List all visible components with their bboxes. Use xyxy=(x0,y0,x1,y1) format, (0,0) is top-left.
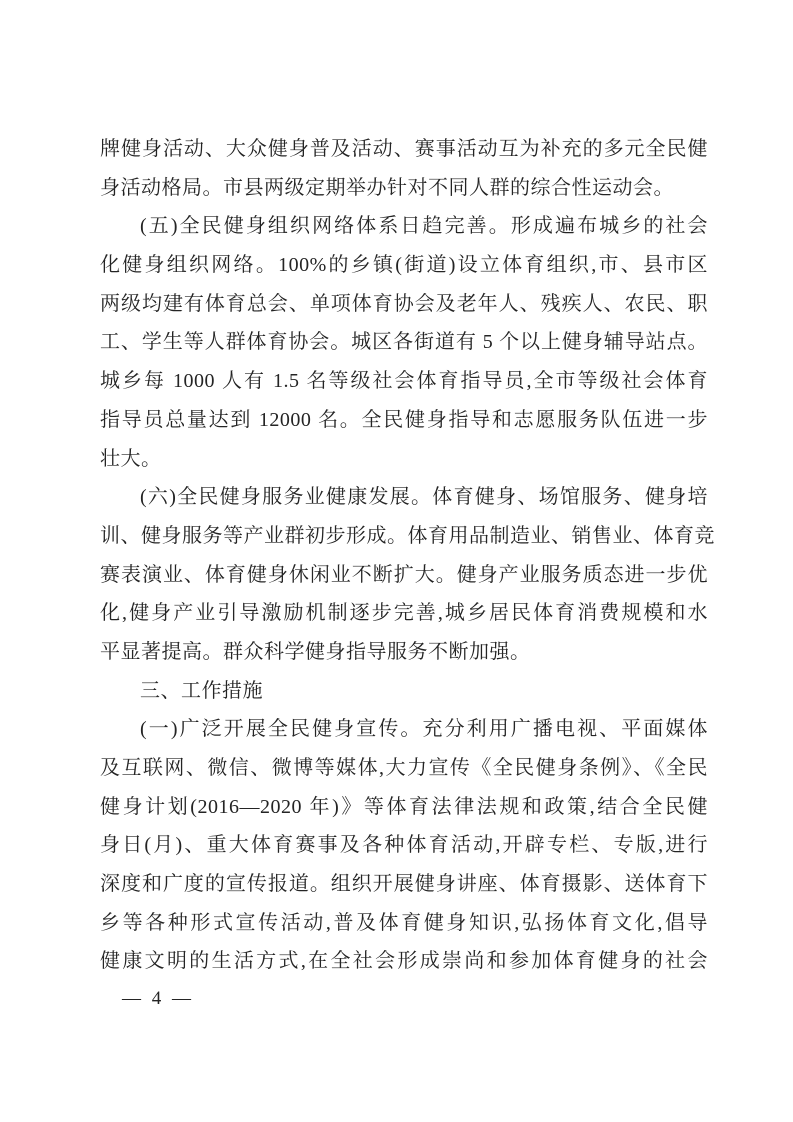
text-line: 身活动格局。市县两级定期举办针对不同人群的综合性运动会。 xyxy=(100,169,708,208)
text-line: 牌健身活动、大众健身普及活动、赛事活动互为补充的多元全民健 xyxy=(100,130,708,169)
page-number: — 4 — xyxy=(122,988,194,1010)
text-line: 化健身组织网络。100%的乡镇(街道)设立体育组织,市、县市区 xyxy=(100,246,708,285)
text-line: (一)广泛开展全民健身宣传。充分利用广播电视、平面媒体 xyxy=(100,710,708,749)
text-line: 训、健身服务等产业群初步形成。体育用品制造业、销售业、体育竞 xyxy=(100,517,708,556)
text-line: 赛表演业、体育健身休闲业不断扩大。健身产业服务质态进一步优 xyxy=(100,556,708,595)
text-line: 指导员总量达到 12000 名。全民健身指导和志愿服务队伍进一步 xyxy=(100,401,708,440)
text-line: 乡等各种形式宣传活动,普及体育健身知识,弘扬体育文化,倡导 xyxy=(100,904,708,943)
text-line: 健康文明的生活方式,在全社会形成崇尚和参加体育健身的社会 xyxy=(100,942,708,981)
text-line: 化,健身产业引导激励机制逐步完善,城乡居民体育消费规模和水 xyxy=(100,594,708,633)
text-line: 城乡每 1000 人有 1.5 名等级社会体育指导员,全市等级社会体育 xyxy=(100,362,708,401)
text-line: (五)全民健身组织网络体系日趋完善。形成遍布城乡的社会 xyxy=(100,207,708,246)
text-line: 平显著提高。群众科学健身指导服务不断加强。 xyxy=(100,633,708,672)
text-line: 工、学生等人群体育协会。城区各街道有 5 个以上健身辅导站点。 xyxy=(100,323,708,362)
text-line: 及互联网、微信、微博等媒体,大力宣传《全民健身条例》、《全民 xyxy=(100,749,708,788)
text-line: 壮大。 xyxy=(100,440,708,479)
document-page: 牌健身活动、大众健身普及活动、赛事活动互为补充的多元全民健身活动格局。市县两级定… xyxy=(0,0,793,1122)
text-line: 身日(月)、重大体育赛事及各种体育活动,开辟专栏、专版,进行 xyxy=(100,826,708,865)
text-line: 三、工作措施 xyxy=(100,672,708,711)
text-line: 健身计划(2016—2020 年)》等体育法律法规和政策,结合全民健 xyxy=(100,788,708,827)
text-line: 深度和广度的宣传报道。组织开展健身讲座、体育摄影、送体育下 xyxy=(100,865,708,904)
text-line: 两级均建有体育总会、单项体育协会及老年人、残疾人、农民、职 xyxy=(100,285,708,324)
document-body: 牌健身活动、大众健身普及活动、赛事活动互为补充的多元全民健身活动格局。市县两级定… xyxy=(100,130,708,981)
text-line: (六)全民健身服务业健康发展。体育健身、场馆服务、健身培 xyxy=(100,478,708,517)
